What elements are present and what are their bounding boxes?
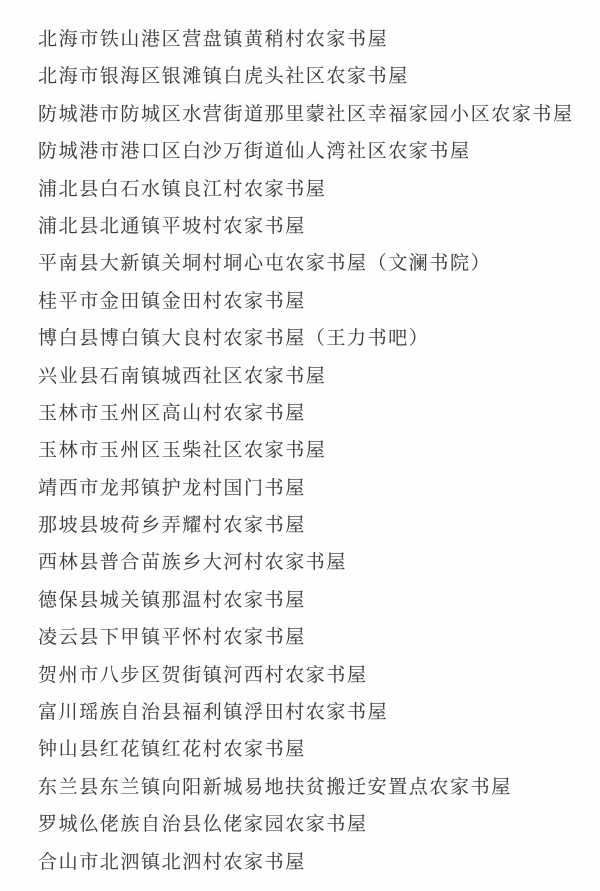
list-item: 防城港市防城区水营街道那里蒙社区幸福家园小区农家书屋 bbox=[38, 96, 582, 133]
list-item: 那坡县坡荷乡弄耀村农家书屋 bbox=[38, 507, 582, 544]
list-item: 浦北县白石水镇良江村农家书屋 bbox=[38, 171, 582, 208]
list-item: 东兰县东兰镇向阳新城易地扶贫搬迁安置点农家书屋 bbox=[38, 769, 582, 806]
document-page: 北海市铁山港区营盘镇黄稍村农家书屋 北海市银海区银滩镇白虎头社区农家书屋 防城港… bbox=[0, 0, 600, 891]
list-item: 博白县博白镇大良村农家书屋（王力书吧） bbox=[38, 320, 582, 357]
list-item: 北海市银海区银滩镇白虎头社区农家书屋 bbox=[38, 58, 582, 95]
list-item: 靖西市龙邦镇护龙村国门书屋 bbox=[38, 470, 582, 507]
list-item: 德保县城关镇那温村农家书屋 bbox=[38, 582, 582, 619]
list-item: 凌云县下甲镇平怀村农家书屋 bbox=[38, 619, 582, 656]
list-item: 玉林市玉州区玉柴社区农家书屋 bbox=[38, 432, 582, 469]
list-item: 罗城仫佬族自治县仫佬家园农家书屋 bbox=[38, 806, 582, 843]
list-item: 防城港市港口区白沙万街道仙人湾社区农家书屋 bbox=[38, 133, 582, 170]
list-item: 西林县普合苗族乡大河村农家书屋 bbox=[38, 544, 582, 581]
list-item: 桂平市金田镇金田村农家书屋 bbox=[38, 283, 582, 320]
list-item: 玉林市玉州区高山村农家书屋 bbox=[38, 395, 582, 432]
list-item: 兴业县石南镇城西社区农家书屋 bbox=[38, 358, 582, 395]
list-item: 平南县大新镇关垌村垌心屯农家书屋（文澜书院） bbox=[38, 245, 582, 282]
list-item: 富川瑶族自治县福利镇浮田村农家书屋 bbox=[38, 694, 582, 731]
list-item: 浦北县北通镇平坡村农家书屋 bbox=[38, 208, 582, 245]
list-item: 北海市铁山港区营盘镇黄稍村农家书屋 bbox=[38, 21, 582, 58]
list-item: 钟山县红花镇红花村农家书屋 bbox=[38, 731, 582, 768]
book-house-list: 北海市铁山港区营盘镇黄稍村农家书屋 北海市银海区银滩镇白虎头社区农家书屋 防城港… bbox=[38, 21, 582, 881]
list-item: 贺州市八步区贺街镇河西村农家书屋 bbox=[38, 657, 582, 694]
list-item: 合山市北泗镇北泗村农家书屋 bbox=[38, 844, 582, 881]
